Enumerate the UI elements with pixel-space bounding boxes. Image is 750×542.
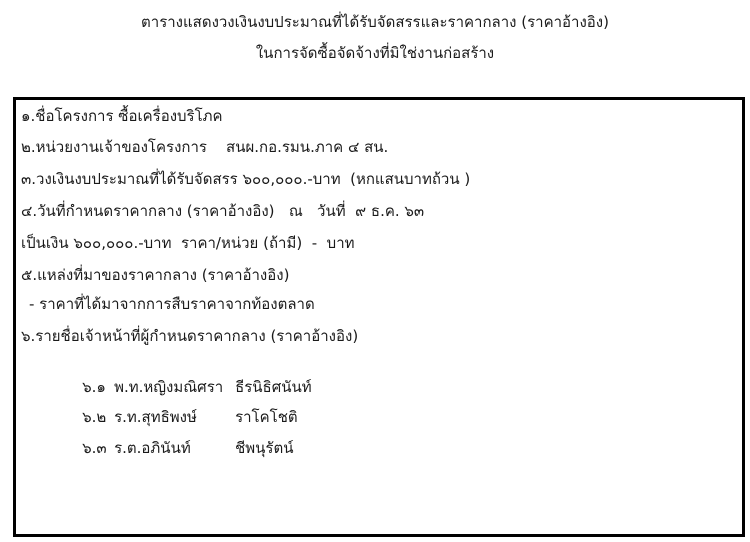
officer-number: ๖.๓: [82, 438, 114, 458]
owner-agency: ๒.หน่วยงานเจ้าของโครงการ สนผ.กอ.รมน.ภาค …: [21, 137, 388, 157]
reference-price-amount: เป็นเงิน ๖๐๐,๐๐๐.-บาท ราคา/หน่วย (ถ้ามี)…: [21, 233, 355, 253]
reference-price-date: ๔.วันที่กำหนดราคากลาง (ราคาอ้างอิง) ณ วั…: [21, 201, 424, 221]
officer-first-name: ร.ต.อภินันท์: [114, 438, 235, 458]
project-info-box: ๑.ชื่อโครงการ ซื้อเครื่องบริโภค ๒.หน่วยง…: [13, 97, 745, 537]
price-source-detail: - ราคาที่ได้มาจากการสืบราคาจากท้องตลาด: [29, 294, 315, 314]
document-title-line-1: ตารางแสดงวงเงินงบประมาณที่ได้รับจัดสรรแล…: [0, 12, 750, 32]
price-source-heading: ๕.แหล่งที่มาของราคากลาง (ราคาอ้างอิง): [21, 265, 289, 285]
project-name: ๑.ชื่อโครงการ ซื้อเครื่องบริโภค: [21, 106, 223, 126]
budget-allocation: ๓.วงเงินงบประมาณที่ได้รับจัดสรร ๖๐๐,๐๐๐.…: [21, 169, 470, 189]
officer-last-name: ชีพนุรัตน์: [235, 439, 293, 457]
document-title-line-2: ในการจัดซื้อจัดจ้างที่มิใช่งานก่อสร้าง: [0, 43, 750, 63]
officers-heading: ๖.รายชื่อเจ้าหน้าที่ผู้กำหนดราคากลาง (รา…: [21, 326, 358, 346]
officer-row: ๖.๓ร.ต.อภินันท์ชีพนุรัตน์: [63, 418, 293, 478]
